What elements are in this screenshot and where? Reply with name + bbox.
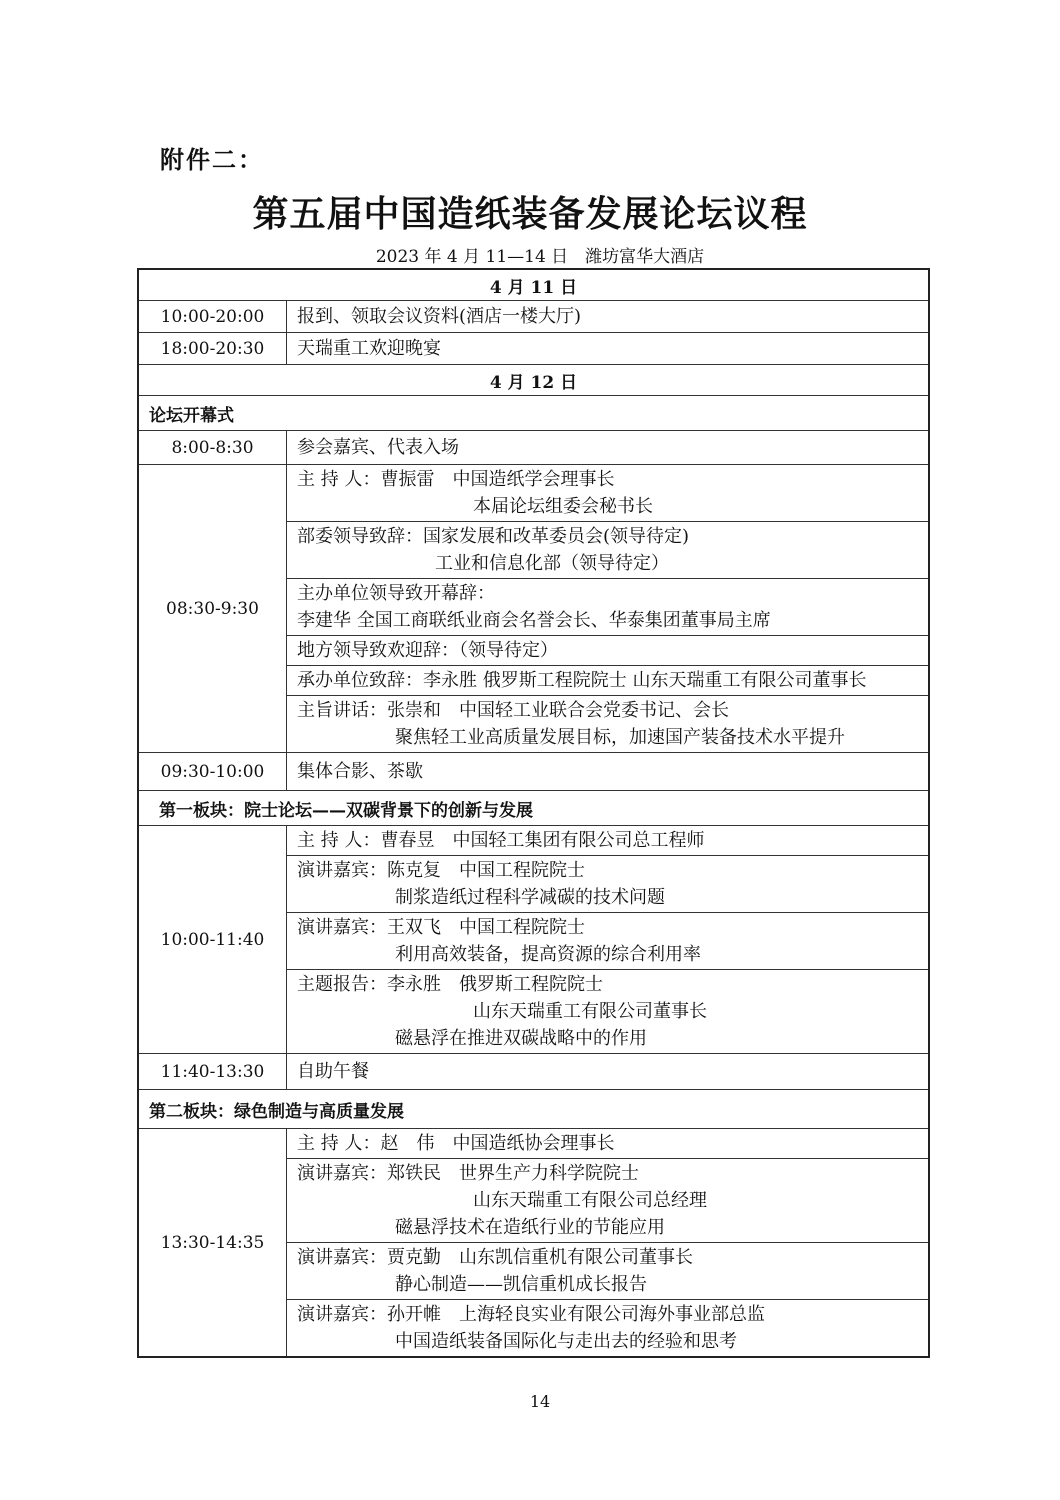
day-header: 4 月 11 日: [138, 269, 929, 301]
table-row: 10:00-11:40 主 持 人：曹春昱 中国轻工集团有限公司总工程师 演讲嘉…: [138, 826, 929, 1054]
time-cell: 10:00-11:40: [138, 826, 287, 1054]
sub-item: 演讲嘉宾：郑铁民 世界生产力科学院院士 山东天瑞重工有限公司总经理 磁悬浮技术在…: [287, 1159, 928, 1243]
time-cell: 10:00-20:00: [138, 301, 287, 333]
table-row: 11:40-13:30 自助午餐: [138, 1054, 929, 1090]
item-cell: 报到、领取会议资料(酒店一楼大厅): [287, 301, 930, 333]
page-title: 第五届中国造纸装备发展论坛议程: [0, 186, 1060, 237]
sub-item: 演讲嘉宾：贾克勤 山东凯信重机有限公司董事长 静心制造——凯信重机成长报告: [287, 1243, 928, 1300]
table-row: 13:30-14:35 主 持 人：赵 伟 中国造纸协会理事长 演讲嘉宾：郑铁民…: [138, 1129, 929, 1358]
sub-items: 主 持 人：曹春昱 中国轻工集团有限公司总工程师 演讲嘉宾：陈克复 中国工程院院…: [287, 826, 928, 1053]
sub-item: 主办单位领导致开幕辞： 李建华 全国工商联纸业商会名誉会长、华泰集团董事局主席: [287, 579, 928, 636]
day-header: 4 月 12 日: [138, 365, 929, 396]
sub-items: 主 持 人：曹振雷 中国造纸学会理事长 本届论坛组委会秘书长 部委领导致辞：国家…: [287, 465, 928, 752]
sub-item: 主 持 人：赵 伟 中国造纸协会理事长: [287, 1129, 928, 1159]
item-cell: 集体合影、茶歇: [287, 753, 930, 791]
sub-item: 演讲嘉宾：孙开帷 上海轻良实业有限公司海外事业部总监 中国造纸装备国际化与走出去…: [287, 1300, 928, 1357]
time-cell: 09:30-10:00: [138, 753, 287, 791]
section-title: 第一板块：院士论坛——双碳背景下的创新与发展: [138, 791, 929, 826]
table-row: 8:00-8:30 参会嘉宾、代表入场: [138, 431, 929, 465]
time-cell: 08:30-9:30: [138, 465, 287, 753]
time-cell: 18:00-20:30: [138, 333, 287, 365]
section-header: 第一板块：院士论坛——双碳背景下的创新与发展: [138, 791, 929, 826]
table-row: 08:30-9:30 主 持 人：曹振雷 中国造纸学会理事长 本届论坛组委会秘书…: [138, 465, 929, 753]
item-cell: 参会嘉宾、代表入场: [287, 431, 930, 465]
sub-item: 主题报告：李永胜 俄罗斯工程院院士 山东天瑞重工有限公司董事长 磁悬浮在推进双碳…: [287, 970, 928, 1054]
time-cell: 8:00-8:30: [138, 431, 287, 465]
item-cell: 天瑞重工欢迎晚宴: [287, 333, 930, 365]
section-header: 第二板块：绿色制造与高质量发展: [138, 1090, 929, 1129]
table-row: 18:00-20:30 天瑞重工欢迎晚宴: [138, 333, 929, 365]
agenda-table: 4 月 11 日 10:00-20:00 报到、领取会议资料(酒店一楼大厅) 1…: [137, 268, 930, 1358]
sub-item: 主旨讲话：张崇和 中国轻工业联合会党委书记、会长 聚焦轻工业高质量发展目标，加速…: [287, 696, 928, 753]
section-title: 第二板块：绿色制造与高质量发展: [138, 1090, 929, 1129]
section-title: 论坛开幕式: [138, 396, 929, 431]
sub-item: 地方领导致欢迎辞：（领导待定）: [287, 636, 928, 666]
item-cell: 自助午餐: [287, 1054, 930, 1090]
sub-item: 演讲嘉宾：陈克复 中国工程院院士 制浆造纸过程科学减碳的技术问题: [287, 856, 928, 913]
sub-item: 主 持 人：曹春昱 中国轻工集团有限公司总工程师: [287, 826, 928, 856]
time-cell: 13:30-14:35: [138, 1129, 287, 1358]
page-number: 14: [0, 1392, 1060, 1411]
time-cell: 11:40-13:30: [138, 1054, 287, 1090]
sub-items: 主 持 人：赵 伟 中国造纸协会理事长 演讲嘉宾：郑铁民 世界生产力科学院院士 …: [287, 1129, 928, 1356]
sub-item: 主 持 人：曹振雷 中国造纸学会理事长 本届论坛组委会秘书长: [287, 465, 928, 522]
day-date: 4 月 11 日: [138, 269, 929, 301]
sub-item: 演讲嘉宾：王双飞 中国工程院院士 利用高效装备，提高资源的综合利用率: [287, 913, 928, 970]
table-row: 09:30-10:00 集体合影、茶歇: [138, 753, 929, 791]
subtitle: 2023 年 4 月 11—14 日 潍坊富华大酒店: [0, 242, 1060, 267]
sub-item: 承办单位致辞：李永胜 俄罗斯工程院院士 山东天瑞重工有限公司董事长: [287, 666, 928, 696]
day-date: 4 月 12 日: [138, 365, 929, 396]
sub-item: 部委领导致辞：国家发展和改革委员会(领导待定) 工业和信息化部（领导待定）: [287, 522, 928, 579]
table-row: 10:00-20:00 报到、领取会议资料(酒店一楼大厅): [138, 301, 929, 333]
attachment-label: 附件二：: [160, 140, 264, 175]
section-header: 论坛开幕式: [138, 396, 929, 431]
